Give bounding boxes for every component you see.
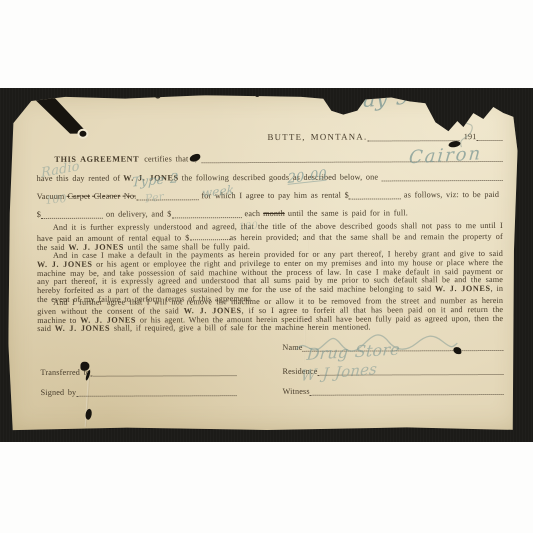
- each-word: each: [245, 209, 261, 218]
- transferred-line: Transferred to: [40, 366, 236, 377]
- illegible-name-signature-scribble: [294, 333, 459, 358]
- edge-speck: [255, 94, 259, 97]
- goods-blank: [381, 171, 503, 182]
- handwritten-date: May 9: [341, 93, 409, 107]
- handwritten-witness-signature: W J Jones: [301, 365, 378, 381]
- clause-b-text-2: or his agent or employee the right and p…: [37, 258, 503, 295]
- struck-month-word: month: [263, 209, 285, 218]
- ink-speck: [453, 347, 461, 354]
- title-clause-paragraph: And it is further expressly understood a…: [37, 221, 503, 252]
- place-label: BUTTE, MONTANA.: [267, 133, 367, 142]
- until-full-text: until the same is paid for in full.: [288, 208, 408, 218]
- rented-text-2: the following described goods as describ…: [182, 172, 378, 182]
- ink-speck: [85, 408, 93, 420]
- rental-amount-blank: [349, 189, 401, 199]
- jones-name: W. J. JONES: [435, 284, 491, 293]
- witness-blank: [310, 385, 504, 396]
- delivery-amount-blank: [41, 209, 103, 219]
- black-backdrop: BUTTE, MONTANA. 191 THIS AGREEMENT certi…: [0, 88, 533, 442]
- handwritten-delivery-amount: 100: [45, 194, 67, 205]
- delivery-line: $ on delivery, and $ each month until th…: [37, 207, 503, 219]
- installment-amount-blank: [171, 208, 241, 218]
- on-delivery-text: on delivery, and $: [106, 209, 172, 218]
- jones-name: W. J. JONES: [55, 324, 111, 333]
- removal-clause-paragraph: And I further agree that I will not remo…: [37, 297, 503, 334]
- rental-agreement-paper: BUTTE, MONTANA. 191 THIS AGREEMENT certi…: [5, 91, 520, 433]
- handwritten-week: week: [202, 186, 234, 199]
- handwritten-type-number: Type 2: [132, 174, 179, 187]
- handwritten-per: Per: [144, 192, 164, 204]
- torn-corner-flap: [31, 96, 85, 134]
- clause-c-text-4: shall, if required, give a bill of sale …: [114, 323, 371, 333]
- paper-hole: [79, 131, 86, 137]
- witness-line: Witness: [283, 385, 504, 396]
- photo-of-document: BUTTE, MONTANA. 191 THIS AGREEMENT certi…: [0, 0, 533, 533]
- vacuum-line: Vacuum Carpet Cleaner No. for which I ag…: [37, 189, 503, 201]
- witness-label: Witness: [283, 387, 310, 396]
- year-blank: [476, 131, 502, 141]
- struck-carpet-cleaner: Carpet Cleaner No.: [67, 192, 136, 201]
- edge-speck: [155, 95, 160, 98]
- handwritten-equal-amount: 100: [238, 222, 258, 232]
- handwritten-rental-amount: 20 00: [288, 171, 327, 185]
- signed-by-line: Signed by: [41, 386, 237, 397]
- rented-line: have this day rented of W. J. JONES the …: [37, 171, 503, 183]
- as-follows-text: as follows, viz: to be paid: [404, 190, 499, 199]
- signed-by-blank: [76, 386, 236, 397]
- transferred-blank: [90, 366, 236, 377]
- equal-amount-blank: [189, 231, 229, 240]
- signed-by-label: Signed by: [41, 388, 77, 397]
